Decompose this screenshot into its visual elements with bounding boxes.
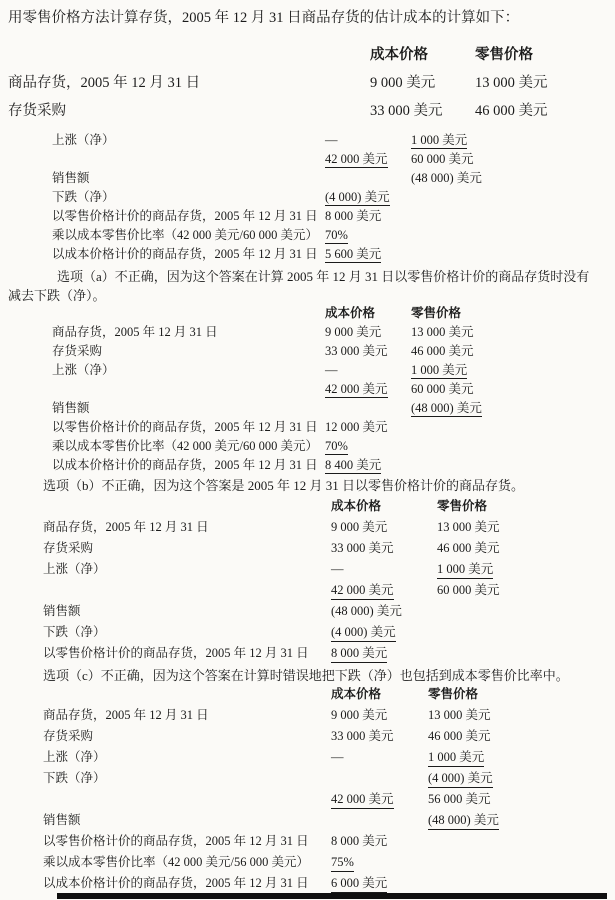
table-row: 上涨（净）—1 000 美元 [8, 362, 607, 381]
retail-value: 60 000 美元 [411, 381, 474, 397]
row-label: 销售额 [43, 603, 81, 620]
table-row: 商品存货，2005 年 12 月 31 日9 000 美元13 000 美元 [8, 707, 607, 728]
table-row: 销售额(48 000) 美元 [8, 170, 607, 189]
cost-value: — [325, 132, 338, 148]
table-row: 上涨（净）—1 000 美元 [8, 749, 607, 770]
retail-value: (48 000) 美元 [411, 400, 482, 417]
row-label: 下跌（净） [43, 770, 106, 787]
retail-value: 60 000 美元 [411, 151, 474, 167]
cost-value: — [331, 749, 344, 766]
cost-value: 9 000 美元 [331, 519, 387, 536]
table-row: 以零售价格计价的商品存货，2005 年 12 月 31 日8 000 美元 [8, 208, 607, 227]
retail-value: 60 000 美元 [437, 582, 500, 599]
option-a-line1: 选项（a）不正确，因为这个答案在计算 2005 年 12 月 31 日以零售价格… [8, 267, 607, 286]
row-label: 存货采购 [52, 343, 102, 359]
row-label: 乘以成本零售价比率（42 000 美元/60 000 美元） [52, 438, 318, 454]
cost-value: 12 000 美元 [325, 419, 388, 435]
row-label: 乘以成本零售价比率（42 000 美元/56 000 美元） [43, 854, 309, 871]
cost-value: 33 000 美元 [325, 343, 388, 359]
row-label: 下跌（净） [43, 624, 106, 641]
row-label: 上涨（净） [52, 132, 115, 148]
table-row: 上涨（净）—1 000 美元 [8, 561, 607, 582]
row-label: 商品存货，2005 年 12 月 31 日 [8, 72, 200, 94]
cost-value: 6 000 美元 [331, 875, 387, 893]
table-row: 销售额(48 000) 美元 [8, 812, 607, 833]
calc-b-rows: 商品存货，2005 年 12 月 31 日9 000 美元13 000 美元存货… [8, 324, 607, 476]
option-a-line2: 减去下跌（净）。 [8, 286, 607, 305]
stem-table: 成本价格 零售价格 商品存货，2005 年 12 月 31 日9 000 美元1… [8, 44, 607, 128]
table-row: 商品存货，2005 年 12 月 31 日9 000 美元13 000 美元 [8, 519, 607, 540]
cost-value: 70% [325, 227, 348, 244]
calc-d-rows: 商品存货，2005 年 12 月 31 日9 000 美元13 000 美元存货… [8, 707, 607, 896]
table-row: 销售额(48 000) 美元 [8, 400, 607, 419]
cost-value: — [331, 561, 344, 578]
row-label: 存货采购 [43, 728, 93, 745]
retail-price-header: 零售价格 [475, 44, 533, 66]
row-label: 下跌（净） [52, 189, 115, 205]
cost-value: 8 000 美元 [331, 645, 387, 663]
table-row: 以零售价格计价的商品存货，2005 年 12 月 31 日8 000 美元 [8, 833, 607, 854]
calc-table-b: 成本价格 零售价格 商品存货，2005 年 12 月 31 日9 000 美元1… [8, 305, 607, 476]
cost-price-header: 成本价格 [325, 305, 375, 321]
cost-value: 9 000 美元 [325, 324, 381, 340]
table-row: 乘以成本零售价比率（42 000 美元/56 000 美元）75% [8, 854, 607, 875]
row-label: 商品存货，2005 年 12 月 31 日 [52, 324, 218, 340]
table-d-header-row: 成本价格 零售价格 [8, 686, 607, 707]
row-label: 销售额 [52, 400, 90, 416]
cost-value: — [325, 362, 338, 378]
row-label: 以零售价格计价的商品存货，2005 年 12 月 31 日 [43, 645, 309, 662]
table-row: 商品存货，2005 年 12 月 31 日9 000 美元13 000 美元 [8, 72, 607, 100]
calc-c-rows: 商品存货，2005 年 12 月 31 日9 000 美元13 000 美元存货… [8, 519, 607, 666]
cost-value: 8 000 美元 [325, 208, 381, 224]
cost-price-header: 成本价格 [331, 498, 381, 515]
row-label: 以成本价格计价的商品存货，2005 年 12 月 31 日 [52, 246, 318, 262]
table-row: 42 000 美元60 000 美元 [8, 582, 607, 603]
table-row: 42 000 美元60 000 美元 [8, 381, 607, 400]
table-c-header-row: 成本价格 零售价格 [8, 498, 607, 519]
row-label: 上涨（净） [52, 362, 115, 378]
table-row: 存货采购33 000 美元46 000 美元 [8, 540, 607, 561]
row-label: 以成本价格计价的商品存货，2005 年 12 月 31 日 [52, 457, 318, 473]
cost-value: (4 000) 美元 [331, 624, 396, 642]
table-b-header-row: 成本价格 零售价格 [8, 305, 607, 324]
table-row: 存货采购33 000 美元46 000 美元 [8, 343, 607, 362]
row-label: 存货采购 [43, 540, 93, 557]
row-label: 以零售价格计价的商品存货，2005 年 12 月 31 日 [43, 833, 309, 850]
row-label: 存货采购 [8, 100, 66, 122]
row-label: 销售额 [43, 812, 81, 829]
table-row: 乘以成本零售价比率（42 000 美元/60 000 美元）70% [8, 227, 607, 246]
calc-table-a: 上涨（净）—1 000 美元42 000 美元60 000 美元销售额(48 0… [8, 132, 607, 265]
table-row: 存货采购33 000 美元46 000 美元 [8, 100, 607, 128]
retail-value: 13 000 美元 [428, 707, 491, 724]
table-row: 42 000 美元56 000 美元 [8, 791, 607, 812]
cost-value: 75% [331, 854, 354, 872]
cost-value: 42 000 美元 [325, 151, 388, 168]
table-row: 以成本价格计价的商品存货，2005 年 12 月 31 日8 400 美元 [8, 457, 607, 476]
table-row: 以零售价格计价的商品存货，2005 年 12 月 31 日12 000 美元 [8, 419, 607, 438]
table-row: 42 000 美元60 000 美元 [8, 151, 607, 170]
calc-a-rows: 上涨（净）—1 000 美元42 000 美元60 000 美元销售额(48 0… [8, 132, 607, 265]
stem-rows: 商品存货，2005 年 12 月 31 日9 000 美元13 000 美元存货… [8, 72, 607, 128]
cost-value: 9 000 美元 [370, 72, 435, 94]
option-b-explanation: 选项（b）不正确，因为这个答案是 2005 年 12 月 31 日以零售价格计价… [8, 476, 607, 496]
row-label: 乘以成本零售价比率（42 000 美元/60 000 美元） [52, 227, 318, 243]
retail-value: 13 000 美元 [411, 324, 474, 340]
row-label: 商品存货，2005 年 12 月 31 日 [43, 707, 209, 724]
cost-value: 8 400 美元 [325, 457, 381, 474]
cost-value: 8 000 美元 [331, 833, 387, 850]
cost-price-header: 成本价格 [331, 686, 381, 703]
retail-value: 1 000 美元 [428, 749, 484, 767]
cost-value: 33 000 美元 [331, 540, 394, 557]
retail-value: 56 000 美元 [428, 791, 491, 808]
table-row: 下跌（净）(4 000) 美元 [8, 770, 607, 791]
table-row: 上涨（净）—1 000 美元 [8, 132, 607, 151]
cost-value: 70% [325, 438, 348, 455]
document-page: 用零售价格方法计算存货，2005 年 12 月 31 日商品存货的估计成本的计算… [0, 0, 615, 896]
retail-price-header: 零售价格 [411, 305, 461, 321]
row-label: 商品存货，2005 年 12 月 31 日 [43, 519, 209, 536]
option-a-explanation: 选项（a）不正确，因为这个答案在计算 2005 年 12 月 31 日以零售价格… [8, 267, 607, 305]
calc-table-c: 成本价格 零售价格 商品存货，2005 年 12 月 31 日9 000 美元1… [8, 498, 607, 666]
table-row: 以成本价格计价的商品存货，2005 年 12 月 31 日5 600 美元 [8, 246, 607, 265]
table-row: 下跌（净）(4 000) 美元 [8, 189, 607, 208]
calc-table-d: 成本价格 零售价格 商品存货，2005 年 12 月 31 日9 000 美元1… [8, 686, 607, 896]
retail-value: 1 000 美元 [411, 362, 467, 379]
table-row: 以零售价格计价的商品存货，2005 年 12 月 31 日8 000 美元 [8, 645, 607, 666]
table-row: 下跌（净）(4 000) 美元 [8, 624, 607, 645]
row-label: 以成本价格计价的商品存货，2005 年 12 月 31 日 [43, 875, 309, 892]
cost-value: 33 000 美元 [331, 728, 394, 745]
stem-header-row: 成本价格 零售价格 [8, 44, 607, 72]
table-row: 销售额(48 000) 美元 [8, 603, 607, 624]
cost-value: 33 000 美元 [370, 100, 443, 122]
retail-value: (48 000) 美元 [411, 170, 482, 186]
intro-text: 用零售价格方法计算存货，2005 年 12 月 31 日商品存货的估计成本的计算… [8, 6, 607, 30]
scan-artifact-bar [57, 893, 607, 899]
cost-value: 42 000 美元 [331, 791, 394, 809]
table-row: 存货采购33 000 美元46 000 美元 [8, 728, 607, 749]
cost-value: (4 000) 美元 [325, 189, 390, 206]
retail-value: 1 000 美元 [437, 561, 493, 579]
row-label: 以零售价格计价的商品存货，2005 年 12 月 31 日 [52, 208, 318, 224]
row-label: 销售额 [52, 170, 90, 186]
retail-value: 46 000 美元 [437, 540, 500, 557]
cost-value: 9 000 美元 [331, 707, 387, 724]
cost-value: 42 000 美元 [331, 582, 394, 600]
option-c-explanation: 选项（c）不正确，因为这个答案在计算时错误地把下跌（净）也包括到成本零售价比率中… [8, 666, 607, 686]
retail-value: (4 000) 美元 [428, 770, 493, 788]
cost-value: (48 000) 美元 [331, 603, 402, 620]
retail-price-header: 零售价格 [437, 498, 487, 515]
retail-value: (48 000) 美元 [428, 812, 499, 830]
retail-value: 46 000 美元 [475, 100, 548, 122]
cost-value: 5 600 美元 [325, 246, 381, 263]
retail-value: 13 000 美元 [437, 519, 500, 536]
table-row: 商品存货，2005 年 12 月 31 日9 000 美元13 000 美元 [8, 324, 607, 343]
row-label: 上涨（净） [43, 749, 106, 766]
retail-value: 46 000 美元 [428, 728, 491, 745]
cost-price-header: 成本价格 [370, 44, 428, 66]
retail-value: 46 000 美元 [411, 343, 474, 359]
row-label: 上涨（净） [43, 561, 106, 578]
retail-price-header: 零售价格 [428, 686, 478, 703]
retail-value: 13 000 美元 [475, 72, 548, 94]
table-row: 乘以成本零售价比率（42 000 美元/60 000 美元）70% [8, 438, 607, 457]
row-label: 以零售价格计价的商品存货，2005 年 12 月 31 日 [52, 419, 318, 435]
retail-value: 1 000 美元 [411, 132, 467, 149]
cost-value: 42 000 美元 [325, 381, 388, 398]
